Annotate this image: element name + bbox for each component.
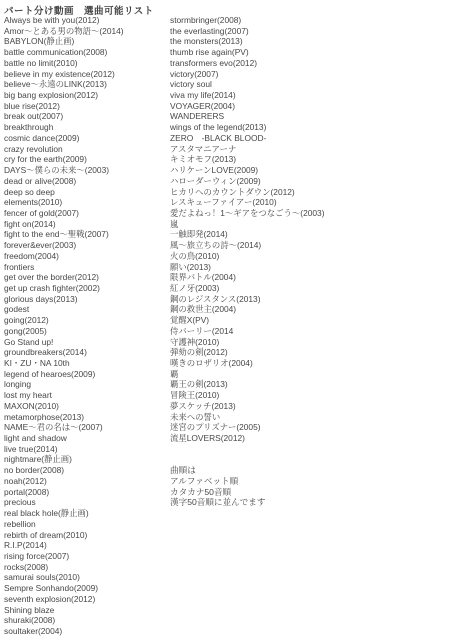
list-item: soultaker(2004) [4, 626, 124, 637]
list-item: light and shadow [4, 433, 124, 444]
list-item: レスキューファイアー(2010) [170, 197, 325, 208]
list-item: victory(2007) [170, 69, 325, 80]
list-item: believe～永遠のLINK(2013) [4, 79, 124, 90]
list-item: Amor～とある男の物語～(2014) [4, 26, 124, 37]
list-item: shuraki(2008) [4, 615, 124, 626]
list-item: BABYLON(静止画) [4, 36, 124, 47]
list-item: 侍バーリー(2014 [170, 326, 325, 337]
list-item: going(2012) [4, 315, 124, 326]
list-item: fight to the end～聖戦(2007) [4, 229, 124, 240]
list-item: longing [4, 379, 124, 390]
list-item: breakthrough [4, 122, 124, 133]
list-item: freedom(2004) [4, 251, 124, 262]
list-item: legend of hearoes(2009) [4, 369, 124, 380]
list-item: viva my life(2014) [170, 90, 325, 101]
list-item: crazy revolution [4, 144, 124, 155]
list-item: MAXON(2010) [4, 401, 124, 412]
list-item: stormbringer(2008) [170, 15, 325, 26]
list-item: fencer of gold(2007) [4, 208, 124, 219]
sort-order-note: 曲順はアルファベット順カタカナ50音順漢字50音順に並んでます [170, 465, 266, 508]
list-item: samurai souls(2010) [4, 572, 124, 583]
list-item: 冒険王(2010) [170, 390, 325, 401]
list-item: NAME～君の名は～(2007) [4, 422, 124, 433]
list-item: battle communication(2008) [4, 47, 124, 58]
list-item: glorious days(2013) [4, 294, 124, 305]
list-item: ZERO -BLACK BLOOD- [170, 133, 325, 144]
list-item: Go Stand up! [4, 337, 124, 348]
song-list-page: パート分け動画 選曲可能リスト Always be with you(2012)… [0, 0, 462, 640]
list-item: 嵐 [170, 219, 325, 230]
list-item: 限界バトル(2004) [170, 272, 325, 283]
list-item: Sempre Sonhando(2009) [4, 583, 124, 594]
list-item: metamorphose(2013) [4, 412, 124, 423]
list-item: portal(2008) [4, 487, 124, 498]
list-item: frontiers [4, 262, 124, 273]
list-item: battle no limit(2010) [4, 58, 124, 69]
list-item: 守護神(2010) [170, 337, 325, 348]
list-item: KI・ZU・NA 10th [4, 358, 124, 369]
list-item: noah(2012) [4, 476, 124, 487]
list-item: big bang explosion(2012) [4, 90, 124, 101]
list-item: fight on(2014) [4, 219, 124, 230]
list-item: groundbreakers(2014) [4, 347, 124, 358]
list-item: victory soul [170, 79, 325, 90]
list-item: rebirth of dream(2010) [4, 530, 124, 541]
list-item: cosmic dance(2009) [4, 133, 124, 144]
list-item: アルファベット順 [170, 476, 266, 487]
list-item: 弾劾の剣(2012) [170, 347, 325, 358]
list-item: rocks(2008) [4, 562, 124, 573]
list-item: WANDERERS [170, 111, 325, 122]
list-item: 風～旅立ちの詩～(2014) [170, 240, 325, 251]
list-item: gong(2005) [4, 326, 124, 337]
list-item: nightmare(静止画) [4, 454, 124, 465]
list-item: dead or alive(2008) [4, 176, 124, 187]
list-item: 愛だよねっ！1～ギアをつなごう～(2003) [170, 208, 325, 219]
list-item: forever&ever(2003) [4, 240, 124, 251]
list-item: 願い(2013) [170, 262, 325, 273]
list-item: ハリケーンLOVE(2009) [170, 165, 325, 176]
list-item: break out(2007) [4, 111, 124, 122]
list-item: 一触即発(2014) [170, 229, 325, 240]
list-item: get up crash fighter(2002) [4, 283, 124, 294]
list-item: no border(2008) [4, 465, 124, 476]
list-item: Always be with you(2012) [4, 15, 124, 26]
list-item: 火の鳥(2010) [170, 251, 325, 262]
list-item: rebellion [4, 519, 124, 530]
list-item: アスタマニアーナ [170, 144, 325, 155]
list-item: wings of the legend(2013) [170, 122, 325, 133]
list-item: 嘆きのロザリオ(2004) [170, 358, 325, 369]
list-item: 鋼のレジスタンス(2013) [170, 294, 325, 305]
list-item: VOYAGER(2004) [170, 101, 325, 112]
list-item: R.I.P(2014) [4, 540, 124, 551]
song-list-right-column: stormbringer(2008)the everlasting(2007)t… [170, 15, 325, 444]
list-item: cry for the earth(2009) [4, 154, 124, 165]
list-item: blue rise(2012) [4, 101, 124, 112]
list-item: thumb rise again(PV) [170, 47, 325, 58]
list-item: elements(2010) [4, 197, 124, 208]
list-item: 覇王の剣(2013) [170, 379, 325, 390]
list-item: キミオモフ(2013) [170, 154, 325, 165]
list-item: 紅ノ牙(2003) [170, 283, 325, 294]
list-item: 覇 [170, 369, 325, 380]
list-item: 夢スケッチ(2013) [170, 401, 325, 412]
list-item: get over the border(2012) [4, 272, 124, 283]
list-item: 流星LOVERS(2012) [170, 433, 325, 444]
list-item: 鋼の救世主(2004) [170, 304, 325, 315]
list-item: lost my heart [4, 390, 124, 401]
list-item: 未来への誓い [170, 412, 325, 423]
list-item: ハローダーウィン(2009) [170, 176, 325, 187]
list-item: the everlasting(2007) [170, 26, 325, 37]
list-item: カタカナ50音順 [170, 487, 266, 498]
list-item: precious [4, 497, 124, 508]
song-list-left-column: Always be with you(2012)Amor～とある男の物語～(20… [4, 15, 124, 637]
list-item: DAYS～僕らの未来～(2003) [4, 165, 124, 176]
list-item: 迷宮のプリズナー(2005) [170, 422, 325, 433]
list-item: deep so deep [4, 187, 124, 198]
list-item: seventh explosion(2012) [4, 594, 124, 605]
list-item: Shining blaze [4, 605, 124, 616]
list-item: live true(2014) [4, 444, 124, 455]
list-item: ヒカリへのカウントダウン(2012) [170, 187, 325, 198]
list-item: godest [4, 304, 124, 315]
list-item: 曲順は [170, 465, 266, 476]
list-item: real black hole(静止画) [4, 508, 124, 519]
list-item: the monsters(2013) [170, 36, 325, 47]
list-item: rising force(2007) [4, 551, 124, 562]
list-item: believe in my existence(2012) [4, 69, 124, 80]
list-item: 覚醒X(PV) [170, 315, 325, 326]
list-item: 漢字50音順に並んでます [170, 497, 266, 508]
list-item: transformers evo(2012) [170, 58, 325, 69]
